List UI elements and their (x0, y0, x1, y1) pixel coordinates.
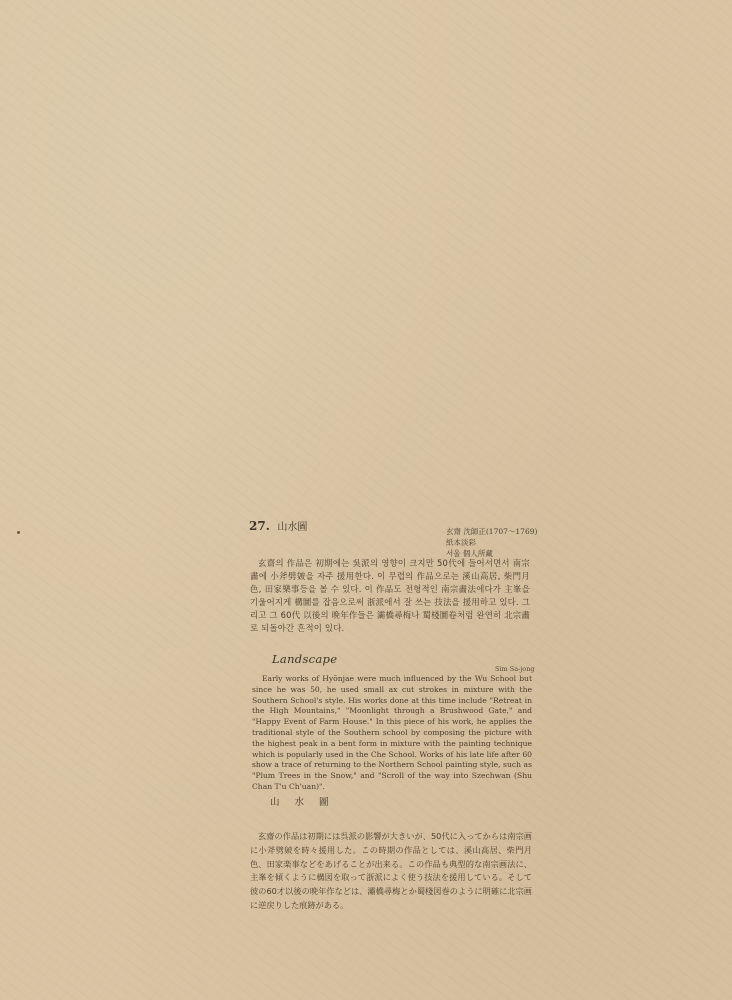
plate-number: 27. (249, 519, 270, 533)
english-title: Landscape (272, 652, 337, 666)
japanese-title: 山 水 圖 (270, 794, 335, 808)
medium-line: 紙本淡彩 (446, 537, 537, 548)
paper-speck (17, 531, 20, 534)
english-description: Early works of Hyŏnjae were much influen… (252, 674, 532, 793)
artist-line: 玄齋 沈師正(1707～1769) (446, 526, 537, 537)
english-author: Sim Sa-jong (495, 665, 535, 673)
plate-header: 27. 山水圖 (249, 518, 307, 533)
japanese-description: 玄齋の作品は初期には呉派の影響が大きいが、50代に入ってからは南宗画に小斧劈皴を… (250, 830, 532, 913)
plate-meta: 玄齋 沈師正(1707～1769) 紙本淡彩 서울 個人所藏 (446, 526, 537, 559)
plate-title: 山水圖 (277, 522, 307, 533)
korean-description: 玄齋의 作品은 初期에는 吳派의 영향이 크지만 50代에 들어서면서 南宗畵에… (250, 557, 530, 635)
